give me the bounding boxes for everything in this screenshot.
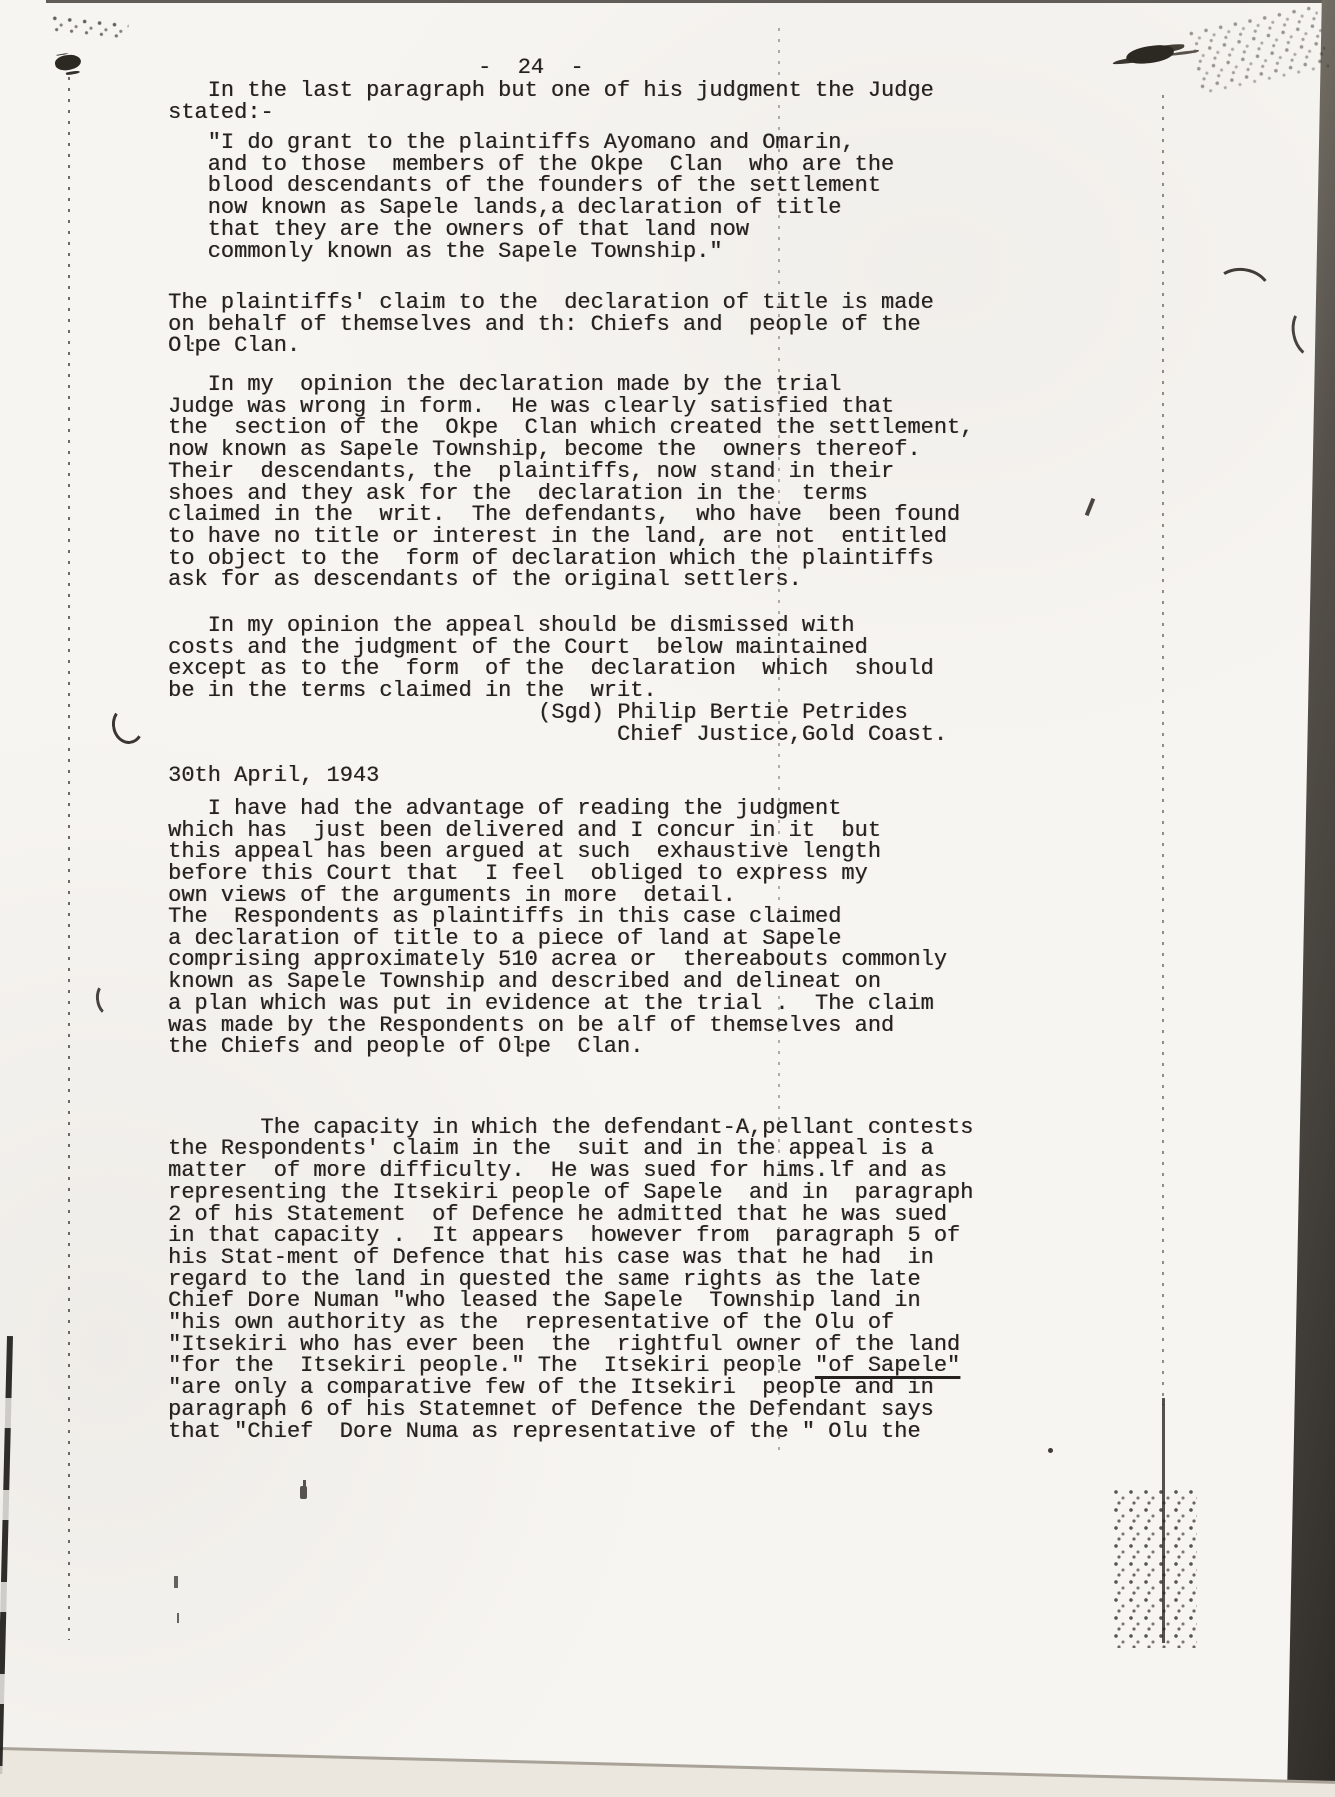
- page-left-edge-shadow: [0, 1336, 13, 1774]
- paragraph-capacity-text-2: "are only a comparative few of the Itsek…: [168, 1375, 934, 1443]
- page-right-edge-shadow: [1275, 0, 1335, 1797]
- ink-speckle-cluster: [1112, 1488, 1197, 1648]
- ink-blot: [1125, 44, 1175, 66]
- date-line: 30th April, 1943: [168, 765, 379, 787]
- scanned-document-page: - 24 - In the last paragraph but one of …: [0, 0, 1335, 1797]
- paragraph-capacity: The capacity in which the defendant-A,pe…: [168, 1095, 973, 1464]
- fold-line-right: [1162, 95, 1164, 1405]
- page-top-edge: [46, 0, 1335, 3]
- signature-line-2: Chief Justice,Gold Coast.: [617, 724, 947, 746]
- paragraph-respondents-claim: The Respondents as plaintiffs in this ca…: [168, 906, 947, 1058]
- ink-blot: [54, 53, 82, 72]
- ink-mark: [174, 1576, 178, 1588]
- fold-line-left: [68, 55, 70, 1640]
- ink-arc: [94, 980, 122, 1017]
- page-number: - 24 -: [478, 57, 584, 79]
- ink-arc: [1208, 263, 1276, 323]
- signature-line-1: (Sgd) Philip Bertie Petrides: [538, 702, 908, 724]
- ink-mark: [300, 1486, 307, 1499]
- ink-scribble: [49, 14, 129, 42]
- paragraph-capacity-text-1: The capacity in which the defendant-A,pe…: [168, 1115, 973, 1379]
- ink-arc: [110, 704, 147, 746]
- paragraph-opinion-appeal: In my opinion the appeal should be dismi…: [168, 615, 934, 702]
- paragraph-intro: In the last paragraph but one of his jud…: [168, 80, 934, 123]
- blockquote-grant: "I do grant to the plaintiffs Ayomano an…: [168, 132, 894, 262]
- ink-dot: [1048, 1448, 1053, 1453]
- paragraph-opinion-form: In my opinion the declaration made by th…: [168, 374, 973, 591]
- ink-speckle-band: [1187, 3, 1330, 95]
- paragraph-claim: The plaintiffs' claim to the declaration…: [168, 292, 934, 357]
- paragraph-concurrence: I have had the advantage of reading the …: [168, 798, 881, 907]
- ink-mark: [1085, 498, 1095, 516]
